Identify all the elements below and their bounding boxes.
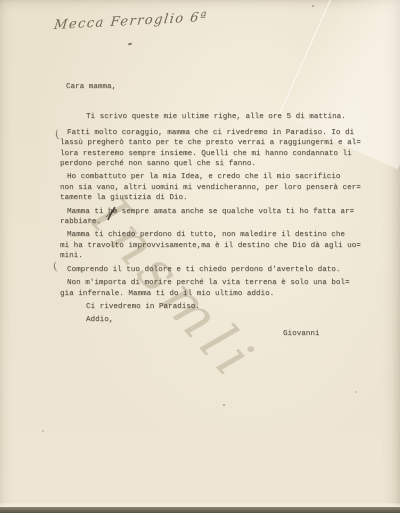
letter-salutation: Cara mamma, — [60, 82, 374, 92]
pencil-correction-mark — [104, 206, 120, 221]
letter-paper: Insmli Mecca Ferroglio 6ª Cara mamma, Ti… — [0, 0, 400, 507]
paper-speck — [355, 391, 357, 393]
paper-speck — [42, 430, 44, 432]
pencil-dash-mark — [128, 43, 132, 46]
letter-paragraph: Addio, — [60, 315, 374, 325]
pencil-paren-mark: ( — [52, 260, 58, 273]
letter-paragraph: Non m'importa di morire perché la vita t… — [60, 278, 374, 299]
letter-paragraph: Ci rivedremo in Paradiso. — [60, 302, 374, 312]
photo-backdrop — [0, 507, 400, 513]
letter-paragraph: Ti scrivo queste mie ultime righe, alle … — [60, 112, 374, 122]
letter-paragraph: Fatti molto coraggio, mamma che ci rived… — [60, 128, 374, 170]
letter-paragraph: Mamma ti chiedo perdono di tutto, non ma… — [60, 230, 374, 261]
letter-paragraph: Ho combattuto per la mia Idea, e credo c… — [60, 172, 374, 203]
letter-signature: Giovanni — [60, 329, 374, 339]
handwritten-archive-note: Mecca Ferroglio 6ª — [53, 10, 208, 33]
document-photo: Insmli Mecca Ferroglio 6ª Cara mamma, Ti… — [0, 0, 400, 513]
paper-speck — [223, 404, 225, 406]
letter-paragraph: Comprendo il tuo dolore e ti chiedo perd… — [60, 265, 374, 275]
paper-speck — [312, 5, 314, 7]
